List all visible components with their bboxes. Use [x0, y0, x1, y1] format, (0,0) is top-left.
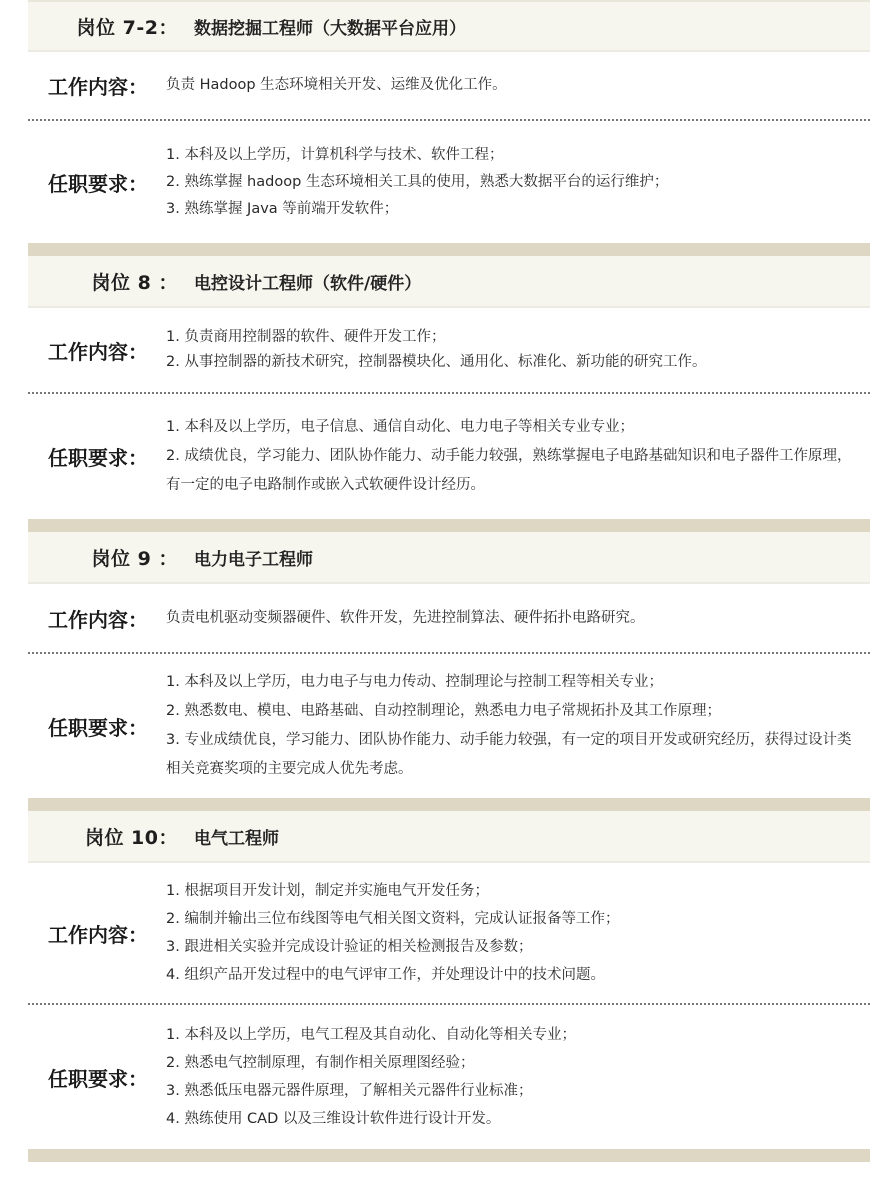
work-content-item: 4. 组织产品开发过程中的电气评审工作，并处理设计中的技术问题。: [166, 961, 856, 989]
job-title: 电控设计工程师（软件/硬件）: [194, 269, 421, 294]
requirement-item: 2. 熟悉电气控制原理，有制作相关原理图经验；: [166, 1049, 856, 1077]
requirements-body: 1. 本科及以上学历，电气工程及其自动化、自动化等相关专业； 2. 熟悉电气控制…: [166, 1021, 870, 1133]
job-section-10: 岗位 10： 电气工程师 工作内容： 1. 根据项目开发计划，制定并实施电气开发…: [28, 811, 870, 1162]
requirements-label: 任职要求：: [28, 168, 166, 197]
work-content-body: 负责电机驱动变频器硬件、软件开发，先进控制算法、硬件拓扑电路研究。: [166, 605, 870, 632]
work-content-item: 2. 从事控制器的新技术研究，控制器模块化、通用化、标准化、新功能的研究工作。: [166, 350, 856, 375]
requirements-row: 任职要求： 1. 本科及以上学历，电子信息、通信自动化、电力电子等相关专业专业；…: [28, 394, 870, 519]
work-content-item: 1. 负责商用控制器的软件、硬件开发工作；: [166, 325, 856, 350]
job-title: 数据挖掘工程师（大数据平台应用）: [194, 14, 466, 39]
work-content-body: 1. 负责商用控制器的软件、硬件开发工作； 2. 从事控制器的新技术研究，控制器…: [166, 325, 870, 375]
job-label: 岗位 10：: [28, 823, 178, 850]
requirements-body: 1. 本科及以上学历，计算机科学与技术、软件工程； 2. 熟练掌握 hadoop…: [166, 142, 870, 223]
requirements-body: 1. 本科及以上学历，电力电子与电力传动、控制理论与控制工程等相关专业； 2. …: [166, 668, 870, 784]
requirement-item: 1. 本科及以上学历，电力电子与电力传动、控制理论与控制工程等相关专业；: [166, 668, 856, 697]
requirement-item: 3. 熟悉低压电器元器件原理，了解相关元器件行业标准；: [166, 1077, 856, 1105]
job-listing: 岗位 7-2： 数据挖掘工程师（大数据平台应用） 工作内容： 负责 Hadoop…: [28, 0, 870, 1162]
requirements-label: 任职要求：: [28, 1063, 166, 1092]
work-content-item: 负责电机驱动变频器硬件、软件开发，先进控制算法、硬件拓扑电路研究。: [166, 605, 856, 632]
requirement-item: 3. 专业成绩优良，学习能力、团队协作能力、动手能力较强，有一定的项目开发或研究…: [166, 726, 856, 784]
work-content-row: 工作内容： 1. 负责商用控制器的软件、硬件开发工作； 2. 从事控制器的新技术…: [28, 308, 870, 392]
job-section-9: 岗位 9 ： 电力电子工程师 工作内容： 负责电机驱动变频器硬件、软件开发，先进…: [28, 532, 870, 811]
requirement-item: 4. 熟练使用 CAD 以及三维设计软件进行设计开发。: [166, 1105, 856, 1133]
section-divider-band: [28, 798, 870, 811]
job-header: 岗位 7-2： 数据挖掘工程师（大数据平台应用）: [28, 2, 870, 52]
job-label: 岗位 8 ：: [28, 268, 178, 295]
work-content-label: 工作内容：: [28, 336, 166, 365]
work-content-item: 3. 跟进相关实验并完成设计验证的相关检测报告及参数；: [166, 933, 856, 961]
section-divider-band: [28, 519, 870, 532]
job-header: 岗位 8 ： 电控设计工程师（软件/硬件）: [28, 256, 870, 308]
job-section-8: 岗位 8 ： 电控设计工程师（软件/硬件） 工作内容： 1. 负责商用控制器的软…: [28, 256, 870, 532]
requirements-body: 1. 本科及以上学历，电子信息、通信自动化、电力电子等相关专业专业； 2. 成绩…: [166, 413, 870, 500]
job-header: 岗位 10： 电气工程师: [28, 811, 870, 863]
work-content-body: 负责 Hadoop 生态环境相关开发、运维及优化工作。: [166, 72, 870, 99]
job-title: 电力电子工程师: [194, 545, 313, 570]
requirement-item: 1. 本科及以上学历，电气工程及其自动化、自动化等相关专业；: [166, 1021, 856, 1049]
job-label: 岗位 9 ：: [28, 544, 178, 571]
requirements-label: 任职要求：: [28, 442, 166, 471]
requirement-item: 1. 本科及以上学历，电子信息、通信自动化、电力电子等相关专业专业；: [166, 413, 856, 442]
job-label: 岗位 7-2：: [28, 13, 178, 40]
work-content-body: 1. 根据项目开发计划，制定并实施电气开发任务； 2. 编制并输出三位布线图等电…: [166, 877, 870, 989]
work-content-row: 工作内容： 1. 根据项目开发计划，制定并实施电气开发任务； 2. 编制并输出三…: [28, 863, 870, 1003]
work-content-label: 工作内容：: [28, 919, 166, 948]
job-section-7-2: 岗位 7-2： 数据挖掘工程师（大数据平台应用） 工作内容： 负责 Hadoop…: [28, 0, 870, 256]
job-title: 电气工程师: [194, 824, 279, 849]
work-content-row: 工作内容： 负责 Hadoop 生态环境相关开发、运维及优化工作。: [28, 52, 870, 119]
work-content-item: 1. 根据项目开发计划，制定并实施电气开发任务；: [166, 877, 856, 905]
section-divider-band: [28, 243, 870, 256]
work-content-item: 负责 Hadoop 生态环境相关开发、运维及优化工作。: [166, 72, 856, 99]
requirement-item: 1. 本科及以上学历，计算机科学与技术、软件工程；: [166, 142, 856, 169]
work-content-row: 工作内容： 负责电机驱动变频器硬件、软件开发，先进控制算法、硬件拓扑电路研究。: [28, 584, 870, 652]
requirement-item: 2. 成绩优良，学习能力、团队协作能力、动手能力较强，熟练掌握电子电路基础知识和…: [166, 442, 856, 500]
work-content-label: 工作内容：: [28, 604, 166, 633]
requirements-row: 任职要求： 1. 本科及以上学历，计算机科学与技术、软件工程； 2. 熟练掌握 …: [28, 121, 870, 243]
section-divider-band: [28, 1149, 870, 1162]
work-content-label: 工作内容：: [28, 71, 166, 100]
requirement-item: 3. 熟练掌握 Java 等前端开发软件；: [166, 196, 856, 223]
job-header: 岗位 9 ： 电力电子工程师: [28, 532, 870, 584]
requirements-row: 任职要求： 1. 本科及以上学历，电力电子与电力传动、控制理论与控制工程等相关专…: [28, 654, 870, 798]
requirements-row: 任职要求： 1. 本科及以上学历，电气工程及其自动化、自动化等相关专业； 2. …: [28, 1005, 870, 1149]
requirement-item: 2. 熟悉数电、模电、电路基础、自动控制理论，熟悉电力电子常规拓扑及其工作原理；: [166, 697, 856, 726]
requirements-label: 任职要求：: [28, 712, 166, 741]
requirement-item: 2. 熟练掌握 hadoop 生态环境相关工具的使用，熟悉大数据平台的运行维护；: [166, 169, 856, 196]
work-content-item: 2. 编制并输出三位布线图等电气相关图文资料，完成认证报备等工作；: [166, 905, 856, 933]
